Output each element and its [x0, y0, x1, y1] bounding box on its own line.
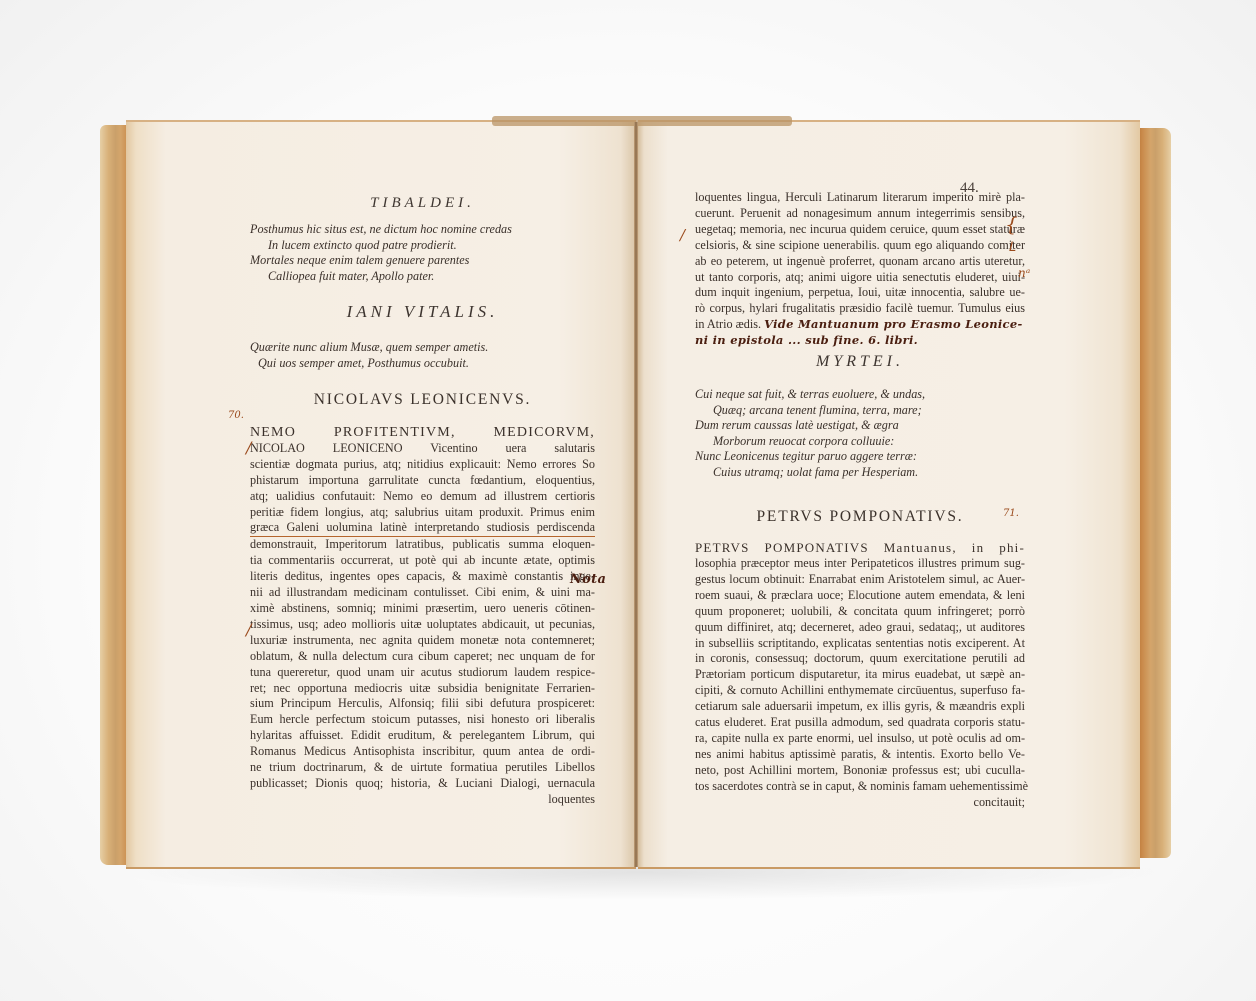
left-page-text: TIBALDEI. Posthumus hic situs est, ne di…	[250, 195, 595, 808]
prose-line: hylaritas affuisset. Edidit eruditum, & …	[250, 728, 595, 744]
verse-line: Cuius utramq; uolat fama per Hesperiam.	[695, 465, 1025, 481]
prose-line: luxuriæ instrumenta, nec agnita quidem m…	[250, 633, 595, 649]
prose-line: Eum hercle perfectum stoicum putasses, n…	[250, 712, 595, 728]
prose-line: PETRVS POMPONATIVS Mantuanus, in phi-	[695, 540, 1025, 556]
open-book: TIBALDEI. Posthumus hic situs est, ne di…	[0, 0, 1256, 1001]
verse-line: Morborum reuocat corpora colluuie:	[695, 434, 1025, 450]
prose-line: NEMO PROFITENTIVM, MEDICORVM,	[250, 425, 595, 441]
prose-line: NICOLAO LEONICENO Vicentino uera salutar…	[250, 441, 595, 457]
prose-line: oblatum, & nulla delectum cura cibum cap…	[250, 649, 595, 665]
prose-line: gestus locum obtinuit: Enarrabat enim Ar…	[695, 572, 1025, 588]
marginal-note-na: nᵃ	[1018, 266, 1030, 280]
verse-line: Dum rerum caussas latè uestigat, & ægra	[695, 418, 1025, 434]
prose-line: ne trium doctrinarum, & de uirtute forma…	[250, 760, 595, 776]
prose-line: nii ad illustrandam medicinam contulisse…	[250, 585, 595, 601]
book-gutter	[634, 122, 638, 867]
verse-tibaldei: Posthumus hic situs est, ne dictum hoc n…	[250, 222, 595, 284]
handwritten-note-line: ni in epistola ... sub fine. 6. libri.	[695, 333, 1025, 349]
catchword: concitauit;	[695, 795, 1025, 811]
prose-line: ximè abstinens, somniq; minimi præsertim…	[250, 601, 595, 617]
heading-myrtei: MYRTEI.	[695, 353, 1025, 371]
prose-line: in Atrio ædis.	[695, 317, 761, 331]
prose-line: celsioris, & sine scipione uenerabilis. …	[695, 238, 1025, 254]
verse-line: Cui neque sat fuit, & terras euoluere, &…	[695, 387, 1025, 403]
verse-iani-vitalis: Quærite nunc alium Musæ, quem semper ame…	[250, 340, 595, 371]
prose-line: in subselliis scriptitando, explicatas s…	[695, 636, 1025, 652]
verse-line: Quærite nunc alium Musæ, quem semper ame…	[250, 340, 595, 356]
prose-line: Prætoriam porticum disputaretur, ita mir…	[695, 667, 1025, 683]
prose-line: tuna quereretur, quod unam uir acutus st…	[250, 665, 595, 681]
prose-line: cipiti, & cornuto Achillini enthymemate …	[695, 683, 1025, 699]
prose-continuation: loquentes lingua, Herculi Latinarum lite…	[695, 190, 1025, 349]
heading-iani-vitalis: IANI VITALIS.	[250, 302, 595, 322]
prose-line: quum proponeret; uolubili, & concitata q…	[695, 604, 1025, 620]
heading-tibaldei: TIBALDEI.	[250, 195, 595, 212]
heading-petrus-pomponatius: PETRVS POMPONATIVS.	[695, 508, 1025, 526]
prose-line: quum diffiniret, atq; decerneret, adeo g…	[695, 620, 1025, 636]
prose-line: ab eo peterem, ut ingenuè proferret, quo…	[695, 254, 1025, 270]
prose-line: phistarum importuna garrulitate cuncta f…	[250, 473, 595, 489]
margin-number-70: 70.	[228, 410, 244, 421]
prose-line: literis deditus, ingentes opes capacis, …	[250, 569, 595, 585]
prose-line: peritiæ fidem longius, atq; salubrius ui…	[250, 505, 595, 521]
prose-line: publicasset; Dionis quoq; historia, & Lu…	[250, 776, 595, 792]
prose-line: ra, capite nulla ex parte enormi, uel in…	[695, 731, 1025, 747]
heading-nicolaus-leonicenus: NICOLAVS LEONICENVS.	[250, 391, 595, 409]
prose-line-with-note: in Atrio ædis. Vide Mantuanum pro Erasmo…	[695, 317, 1025, 333]
prose-line: tos sacerdotes contrà se in caput, & nom…	[695, 779, 1025, 795]
prose-line: nes animi habitus aptissimè paratis, & i…	[695, 747, 1025, 763]
right-page-text: loquentes lingua, Herculi Latinarum lite…	[695, 190, 1025, 810]
prose-line: cuerunt. Peruenit ad nonagesimum annum i…	[695, 206, 1025, 222]
verse-line: Nunc Leonicenus tegitur paruo aggere ter…	[695, 449, 1025, 465]
prose-line: Romanus Medicus Antisophista inscribitur…	[250, 744, 595, 760]
margin-bracket-mark: /	[680, 226, 685, 244]
prose-line: scientiæ dogmata purius, atq; nitidius e…	[250, 457, 595, 473]
prose-line: ut tanto corporis, atq; animi uigore uit…	[695, 270, 1025, 286]
verse-line: Calliopea fuit mater, Apollo pater.	[250, 269, 595, 285]
verse-line: Quæq; arcana tenent flumina, terra, mare…	[695, 403, 1025, 419]
torn-spine-top	[492, 116, 792, 126]
verse-myrtei: Cui neque sat fuit, & terras euoluere, &…	[695, 387, 1025, 480]
prose-line: ret; nec opportuna mediocris uitæ subsid…	[250, 681, 595, 697]
prose-line: loquentes lingua, Herculi Latinarum lite…	[695, 190, 1025, 206]
handwritten-note-line: Vide Mantuanum pro Erasmo Leonice-	[764, 317, 1022, 331]
prose-line-underlined: græca Galeni uolumina latinè interpretan…	[250, 520, 595, 537]
verse-line: Qui uos semper amet, Posthumus occubuit.	[250, 356, 595, 372]
prose-line: roem suaui, & præclara uoce; Elocutione …	[695, 588, 1025, 604]
prose-pomponatius: PETRVS POMPONATIVS Mantuanus, in phi- lo…	[695, 540, 1025, 810]
prose-line: tia commentariis occurrerat, ut potè qui…	[250, 553, 595, 569]
prose-line: demonstrauit, Imperitorum latratibus, pu…	[250, 537, 595, 553]
prose-line: rò corpus, hylari frugalitatis præsidio …	[695, 301, 1025, 317]
prose-line: neto, post Achillini mortem, Bononiæ pro…	[695, 763, 1025, 779]
margin-brace-mark: ᒪ	[1008, 240, 1015, 255]
right-page-edges	[1137, 128, 1171, 858]
catchword: loquentes	[250, 792, 595, 808]
margin-brace-mark: {	[1005, 212, 1018, 236]
verse-line: In lucem extincto quod patre prodierit.	[250, 238, 595, 254]
prose-line: losophia præceptor meus inter Peripateti…	[695, 556, 1025, 572]
margin-bracket-mark: /	[246, 620, 251, 639]
prose-line: in coronis, consessuq; doctorum, quum ex…	[695, 651, 1025, 667]
prose-line: catus eluderet. Erat pusilla admodum, se…	[695, 715, 1025, 731]
margin-number-71: 71.	[1003, 508, 1019, 519]
prose-line: cetiarum sale aduersarii impetum, ex ill…	[695, 699, 1025, 715]
margin-bracket-mark: /	[246, 438, 251, 457]
prose-leonicenus: NEMO PROFITENTIVM, MEDICORVM, NICOLAO LE…	[250, 425, 595, 808]
prose-line: tissimus, usq; adeo mollioris uitæ uolup…	[250, 617, 595, 633]
prose-line: sium Principum Herculis, Alfonsiq; filii…	[250, 696, 595, 712]
verse-line: Mortales neque enim talem genuere parent…	[250, 253, 595, 269]
prose-line: dum inquit ingenium, perpetua, Ioui, uit…	[695, 285, 1025, 301]
verse-line: Posthumus hic situs est, ne dictum hoc n…	[250, 222, 595, 238]
prose-line: uegetaq; memoria, nec incurua quidem cer…	[695, 222, 1025, 238]
marginal-note-nota: Nota	[570, 572, 606, 587]
prose-line: atq; ualidius confutauit: Nemo eo demum …	[250, 489, 595, 505]
